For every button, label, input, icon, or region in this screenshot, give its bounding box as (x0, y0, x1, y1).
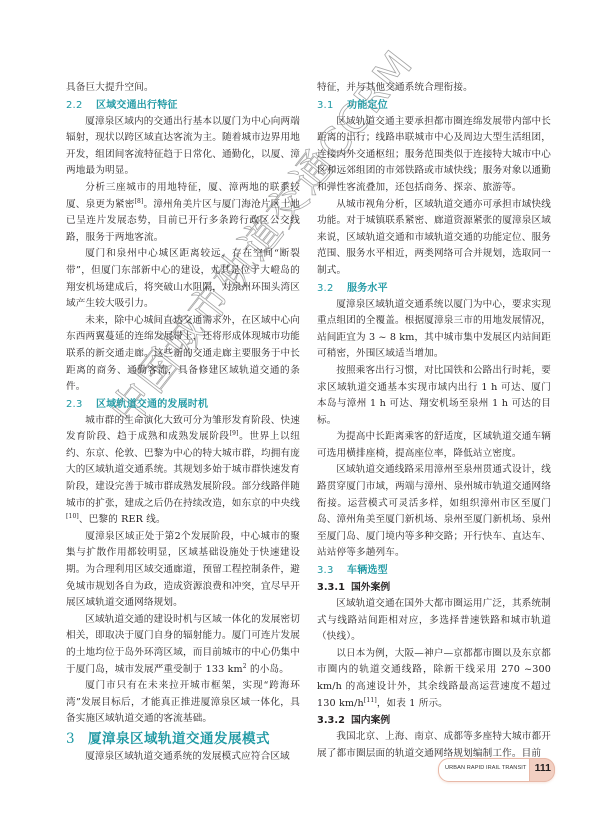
section-title: 区域交通出行特征 (96, 100, 178, 111)
section-heading-3: 3厦漳泉区域轨道交通发展模式 (66, 730, 300, 749)
text-run: 。世界上以纽约、东京、伦敦、巴黎为中心的特大城市群，均拥有庞大的区域轨道交通系统… (66, 431, 300, 508)
paragraph: 区域轨道交通的建设时机与区域一体化的发展密切相关，即取决于厦门自身的辐射能力。厦… (66, 612, 300, 678)
citation: [9] (230, 430, 239, 437)
paragraph: 区域轨道交通在国外大都市圈运用广泛，其系统制式与线路站间距相对应，多选择普速铁路… (317, 596, 551, 646)
section-heading-3-1: 3.1功能定位 (317, 97, 551, 114)
section-heading-3-3-1: 3.3.1国外案例 (317, 579, 551, 596)
section-title: 厦漳泉区域轨道交通发展模式 (88, 731, 270, 747)
paragraph: 厦漳泉区域内的交通出行基本以厦门为中心向两端辐射，现状以跨区域直达客流为主。随着… (66, 114, 300, 180)
paragraph: 厦漳泉区域正处于第2个发展阶段，中心城市的聚集与扩散作用都较明显，区域基础设施处… (66, 529, 300, 612)
right-column: 特征，并与其他交通系统合理衔接。 3.1功能定位 区域轨道交通主要承担都市圈连绵… (317, 80, 551, 762)
paragraph: 具备巨大提升空间。 (66, 80, 300, 97)
paragraph: 区域轨道交通主要承担都市圈连绵发展带内部中长距离的出行；线路串联城市中心及周边大… (317, 114, 551, 197)
section-title: 区域轨道交通的发展时机 (96, 399, 208, 410)
page-number: 111 (535, 762, 551, 774)
paragraph: 为提高中长距离乘客的舒适度，区域轨道交通车辆可选用横排座椅，提高座位率，降低站立… (317, 429, 551, 462)
paragraph: 以日本为例，大阪—神户—京都都市圈以及东京都市圈内的轨道交通线路，除新干线采用 … (317, 646, 551, 712)
section-number: 3 (66, 730, 88, 749)
paragraph: 从城市视角分析，区域轨道交通亦可承担市域快线功能。对于城镇联系紧密、廊道资源紧张… (317, 197, 551, 280)
paragraph: 未来，除中心城间直达交通需求外，在区域中心向东西两翼蔓延的连绵发展带上，还将形成… (66, 313, 300, 396)
paragraph: 厦漳泉区域轨道交通系统以厦门为中心，要求实现重点组团的全覆盖。根据厦漳泉三市的用… (317, 297, 551, 363)
section-number: 3.3.1 (317, 579, 351, 596)
paragraph: 区域轨道交通线路采用漳州至泉州贯通式设计，线路贯穿厦门市域，两端与漳州、泉州城市… (317, 462, 551, 562)
citation: [10] (66, 513, 79, 520)
section-number: 3.1 (317, 97, 347, 114)
paragraph: 特征，并与其他交通系统合理衔接。 (317, 80, 551, 97)
section-number: 2.2 (66, 97, 96, 114)
section-title: 国外案例 (351, 582, 390, 593)
section-number: 3.3 (317, 562, 347, 579)
text-run: 的小岛。 (247, 664, 289, 675)
journal-name: URBAN RAPID IRAIL TRANSIT (445, 765, 526, 771)
paragraph: 分析三座城市的用地特征，厦、漳两地的联系较厦、泉更为紧密[8]。漳州角美片区与厦… (66, 180, 300, 246)
section-title: 车辆选型 (347, 565, 388, 576)
left-column: 具备巨大提升空间。 2.2区域交通出行特征 厦漳泉区域内的交通出行基本以厦门为中… (66, 80, 300, 766)
section-number: 2.3 (66, 396, 96, 413)
paragraph: 按照乘客出行习惯，对比国铁和公路出行时耗，要求区域轨道交通基本实现市域内出行 1… (317, 363, 551, 429)
section-title: 功能定位 (347, 100, 388, 111)
text-run: ，如表 1 所示。 (377, 698, 448, 709)
section-title: 国内案例 (351, 715, 390, 726)
section-heading-3-3-2: 3.3.2国内案例 (317, 712, 551, 729)
section-heading-3-2: 3.2服务水平 (317, 280, 551, 297)
section-number: 3.2 (317, 280, 347, 297)
section-heading-3-3: 3.3车辆选型 (317, 562, 551, 579)
section-heading-2-2: 2.2区域交通出行特征 (66, 97, 300, 114)
section-title: 服务水平 (347, 283, 388, 294)
paragraph: 厦门市只有在未来拉开城市框架，实现“跨海环湾”发展目标后，才能真正推进厦漳泉区域… (66, 678, 300, 728)
section-heading-2-3: 2.3区域轨道交通的发展时机 (66, 396, 300, 413)
footer-badge: URBAN RAPID IRAIL TRANSIT 111 (438, 758, 555, 782)
paragraph: 厦漳泉区域轨道交通系统的发展模式应符合区域 (66, 749, 300, 766)
paragraph: 城市群的生命演化大致可分为雏形发育阶段、快速发育阶段、趋于成熟和成熟发展阶段[9… (66, 413, 300, 529)
paragraph: 厦门和泉州中心城区距离较远，存在空间“断裂带”，但厦门东部新中心的建设，尤其是位… (66, 246, 300, 312)
section-number: 3.3.2 (317, 712, 351, 729)
citation: [11] (364, 696, 377, 703)
text-run: 、巴黎的 RER 线。 (79, 514, 166, 525)
